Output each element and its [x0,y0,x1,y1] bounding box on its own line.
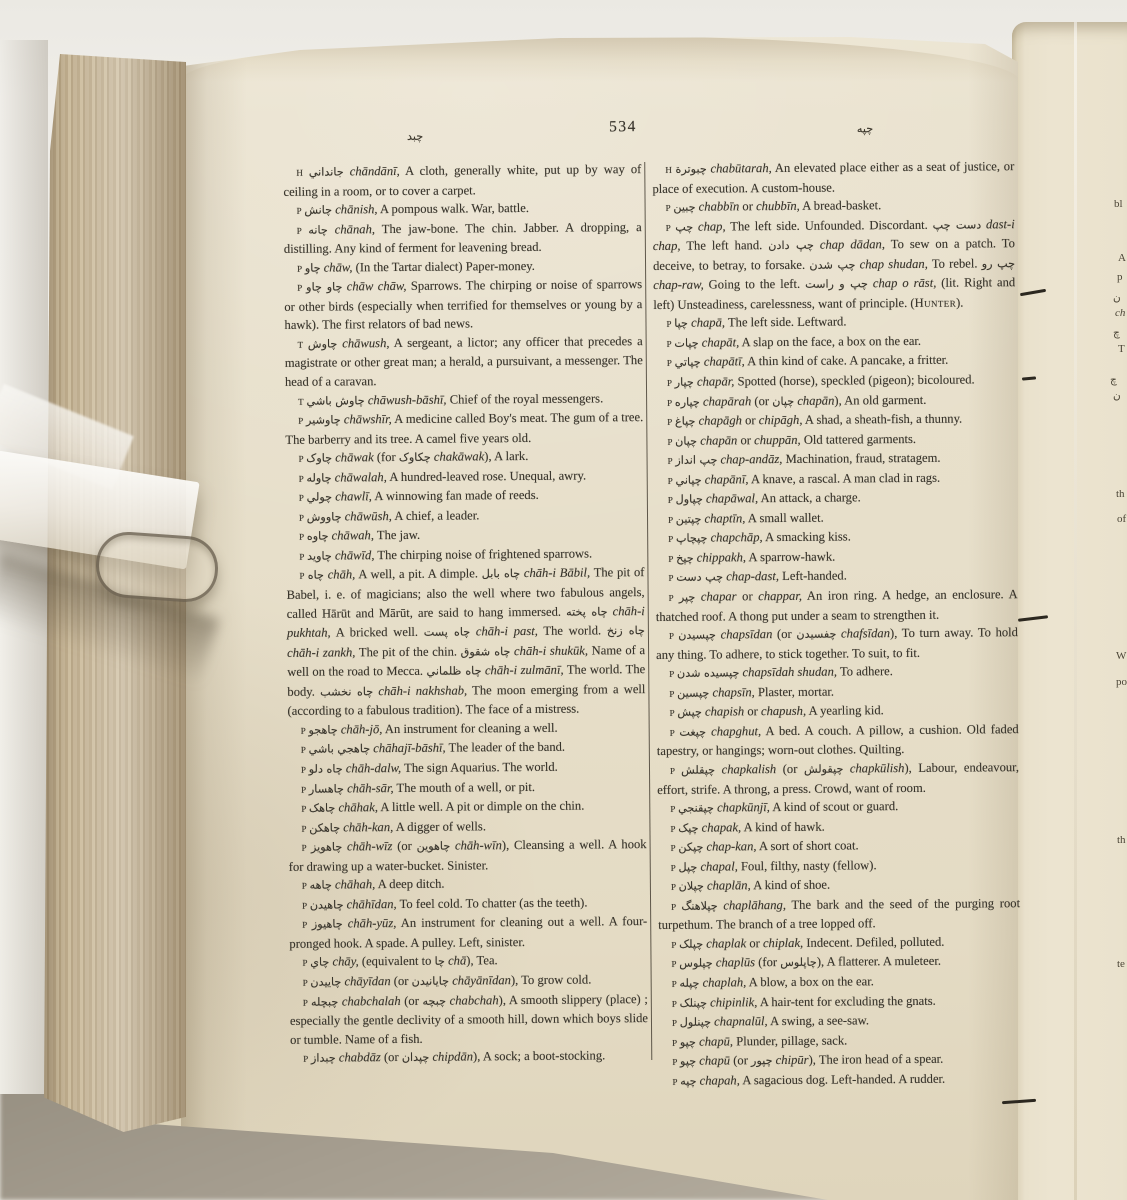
arabic-headword: چپقنجي [678,802,714,815]
dictionary-entry: P چاهيوز chāh-yūz, An instrument for cle… [289,912,647,953]
transliteration: chāndānī, [344,164,400,178]
transliteration: chāh, [324,568,355,582]
arabic-headword: چپقولش [804,762,844,775]
arabic-headword: چاهسار [309,782,344,795]
arabic-headword: چپسيده شدن [677,667,740,680]
transliteration: chuppān, [754,432,801,446]
language-marker: P [671,902,681,912]
arabic-headword: چپار [675,376,694,389]
language-marker: P [671,882,679,892]
language-marker: P [668,515,676,525]
definition-text: A chief, a leader. [392,508,480,523]
arabic-headword: چبوترة [675,163,706,176]
arabic-headword: چپا [674,317,688,330]
arabic-headword: چپلک [679,937,703,950]
next-page-edge [1012,22,1127,1200]
language-marker: P [672,998,680,1008]
definition-text: (or [392,839,416,853]
language-marker: P [670,804,678,814]
language-marker: P [670,823,678,833]
definition-text: (or [381,1050,402,1064]
language-marker: P [297,283,306,293]
definition-text: ), To grow cold. [511,972,591,987]
transliteration: chabdāz [336,1050,381,1064]
page-number: 534 [591,118,655,137]
transliteration: chapchāp, [707,531,762,545]
dictionary-entry: P چانه chānah, The jaw-bone. The chin. J… [284,218,642,259]
language-marker: H [665,165,675,175]
language-marker: P [668,534,676,544]
transliteration: chipdān [429,1050,473,1064]
definition-text: The sign Aquarius. The world. [401,760,558,775]
language-marker: P [301,765,309,775]
language-marker: P [297,206,305,216]
language-marker: P [303,1054,311,1064]
transliteration: chapish [702,705,744,719]
arabic-headword: چاهک [309,802,335,815]
arabic-headword: چاهويز [311,841,342,854]
language-marker: P [668,476,676,486]
transliteration: chāwshīr, [341,412,392,426]
language-marker: P [301,745,309,755]
dictionary-entry: P چپ chap, The left side. Unfounded. Dis… [653,215,1016,315]
language-marker: P [668,456,676,466]
arabic-headword: چکاوک [399,451,431,464]
arabic-headword: چپ [675,220,693,233]
arabic-headword: چپاره [675,395,700,408]
language-marker: P [667,417,675,427]
arabic-headword: چاهکن [309,821,340,834]
language-marker: P [672,979,680,989]
definition-text: Left-handed. [779,569,847,584]
definition-text: The world. [538,623,607,638]
transliteration: chānah, [328,222,375,236]
transliteration: chapārah [700,394,752,408]
arabic-headword: چپخ [676,552,694,565]
transliteration: chap-raw, [653,278,704,292]
transliteration: chawlī, [332,489,372,503]
transliteration: chapā, [688,316,725,330]
arabic-headword: چاييدن [310,975,341,988]
arabic-headword: چپ شدن [809,258,855,271]
arabic-headword: چاهيوز [312,918,343,931]
definition-text: A hundred-leaved rose. Unequal, awry. [387,468,586,484]
transliteration: chapsīdah shudan, [739,665,837,680]
definition-text: Going to the left. [704,277,805,292]
arabic-headword: چاووش [307,510,342,523]
arabic-headword: چپک [678,821,698,834]
arabic-headword: چاه پست [424,626,470,639]
dictionary-entry: P چاوشير chāwshīr, A medicine called Boy… [285,408,643,449]
definition-text: ), A lark. [484,449,528,463]
arabic-headword: چپاغ [675,415,695,428]
transliteration: chap o rāst, [868,276,936,291]
definition-text: A swing, a see-saw. [768,1013,869,1028]
transliteration: chapnalūl, [711,1014,768,1028]
language-marker: P [671,862,679,872]
arabic-headword: چانه [308,223,328,236]
language-marker: P [669,631,678,641]
arabic-headword: چاوش باشي [306,394,364,407]
transliteration: chāwūsh, [341,509,391,523]
transliteration: chaplān, [704,878,751,892]
arabic-headword: چا [435,955,445,968]
language-marker: P [667,339,675,349]
dictionary-entry: P چاهويز chāh-wīz (or چاهوين chāh-wīn), … [289,835,647,876]
definition-text: Chief of the royal messengers. [446,391,603,406]
definition-text: (or [772,627,796,641]
arabic-headword: چاهوين [417,840,451,853]
definition-text: Hunter [915,295,957,309]
language-marker: P [303,978,311,988]
arabic-headword: چاوه [307,530,329,543]
transliteration: chāwak [332,450,374,464]
language-marker: P [299,532,307,542]
dictionary-entry: P چبچله chabchalah (or چبچه chabchah), A… [290,990,648,1049]
transliteration: chā [445,954,466,968]
definition-text: To rebel. [928,256,982,270]
transliteration: chāwush, [337,336,389,350]
transliteration: chapal, [697,859,738,873]
arabic-headword: چاه زنخ [607,624,645,637]
language-marker: P [301,804,309,814]
dictionary-entry: P چپه chapah, A sagacious dog. Left-hand… [659,1069,1021,1091]
arabic-headword: چپسين [677,686,709,699]
definition-text: A deep ditch. [375,877,444,892]
transliteration: chafsīdan [836,626,890,640]
definition-text: An attack, a charge. [758,491,861,506]
language-marker: P [670,766,681,776]
arabic-headword: چاويد [307,549,332,562]
language-marker: P [671,843,679,853]
transliteration: chubbīn, [756,199,800,213]
transliteration: chap shudan, [855,257,928,272]
dictionary-entry: P چاو چاو chāw chāw, Sparrows. The chirp… [284,275,642,334]
language-marker: P [669,689,677,699]
dictionary-entry: P چپر chapar or chappar, An iron ring. A… [656,585,1018,626]
transliteration: chāh-sār, [344,781,394,795]
definition-text: (for [374,450,399,464]
definition-text: or [736,589,758,603]
definition-text: A sagacious dog. Left-handed. A rudder. [740,1071,945,1087]
transliteration: chapah, [696,1073,739,1087]
language-marker: P [299,473,307,483]
arabic-headword: چپکن [678,841,703,854]
column-right: H چبوترة chabūtarah, An elevated place e… [652,157,1021,1091]
transliteration: chāh-i zankh, [287,645,355,660]
dictionary-entry: P چبداز chabdāz (or چپدان chipdān), A so… [290,1046,648,1068]
transliteration: chabbīn [695,199,739,213]
definition-text: (or [391,974,412,988]
language-marker: P [302,900,310,910]
definition-text: (for [755,955,780,969]
definition-text: The jaw. [374,528,420,542]
language-marker: P [671,940,679,950]
definition-text: The mouth of a well, or pit. [394,779,536,794]
definition-text: A little well. A pit or dimple on the ch… [378,799,584,815]
language-marker: P [666,319,674,329]
definition-text: The left hand. [680,238,768,253]
arabic-headword: چپو [680,1055,696,1068]
definition-text: ), The iron head of a spear. [808,1052,943,1067]
transliteration: chipāgh, [759,413,803,427]
transliteration: chabūtarah, [707,161,772,176]
language-marker: P [666,203,674,213]
transliteration: chāh-kan, [340,820,393,834]
arabic-headword: چپاتي [674,356,700,369]
arabic-headword: چپغت [679,725,706,738]
dictionary-entry: P چاه chāh, A well, a pit. A dimple. چاه… [286,564,645,721]
transliteration: chāh-jō, [338,722,383,736]
arabic-headword: چپ انداز [675,454,717,467]
arabic-headword: چپلوس [679,957,713,970]
arabic-headword: چاهجي باشي [309,743,371,756]
transliteration: chapānī, [702,472,749,486]
arabic-headword: چاهيدن [310,898,344,911]
language-marker: P [302,843,311,853]
arabic-headword: چاه شقوق [461,645,511,658]
language-marker: P [672,1057,680,1067]
arabic-headword: چاه [308,569,324,582]
dictionary-entry: T چاوش chāwush, A sergeant, a lictor; an… [285,332,643,391]
definition-text: A kind of shoe. [751,878,831,893]
transliteration: chapū, [696,1034,733,1048]
arabic-headword: چاهجو [308,723,337,736]
transliteration: chāh-yūz, [343,916,397,930]
transliteration: chapush, [761,704,806,718]
arabic-headword: چپ رو [982,257,1015,270]
definition-text: The left side. Unfounded. Discordant. [726,217,933,233]
definition-text: ), A flatterer. A muleteer. [817,954,941,969]
transliteration: chipūr [772,1053,808,1067]
transliteration: chāh-i Bābil, [520,566,590,581]
language-marker: P [668,573,676,583]
transliteration: chāhajī-bāshī, [370,741,446,756]
transliteration: chapān [697,433,737,447]
transliteration: chāhak, [335,800,378,814]
arabic-headword: چپ دادن [768,239,814,252]
arabic-headword: چاه نخشب [320,685,373,698]
definition-text: A smacking kiss. [763,530,851,545]
transliteration: chapār, [694,374,735,388]
definition-text: Plaster, mortar. [755,684,834,699]
next-page-fold [1074,22,1077,1200]
arabic-headword: چاي [310,956,329,969]
language-marker: P [672,1076,680,1086]
transliteration: chapkūlish [843,761,904,775]
language-marker: P [667,378,675,388]
definition-text: A sparrow-hawk. [746,549,835,564]
definition-text: A blow, a box on the ear. [746,974,874,989]
transliteration: chaplak [703,936,746,950]
page-top-curl [180,36,1020,82]
language-marker: P [670,708,678,718]
arabic-headword: چاوشير [306,414,341,427]
definition-text: A thin kind of cake. A pancake, a fritte… [745,353,949,369]
dictionary-entry: P چپسيدن chapsīdan (or چفسيدن chafsīdan)… [656,623,1018,664]
language-marker: P [668,554,676,564]
arabic-headword: چپاني [675,473,701,486]
arabic-headword: چولي [307,491,333,504]
definition-text: A digger of wells. [393,819,486,834]
transliteration: chakāwak [431,450,485,464]
definition-text: A slap on the face, a box on the ear. [739,334,921,349]
transliteration: chapāt, [699,335,740,349]
arabic-headword: چاه بابل [482,568,521,581]
transliteration: chapāgh [695,413,742,427]
definition-text: To adhere. [837,664,893,678]
transliteration: chāh-wīn [450,838,502,852]
definition-text: Plunder, pillage, sack. [733,1033,847,1048]
definition-text: A bread-basket. [800,198,882,213]
arabic-headword: چاو [305,261,321,274]
arabic-headword: چايانيدن [412,975,450,988]
definition-text: A yearling kid. [806,703,884,718]
language-marker: P [297,263,305,273]
transliteration: chapāwal, [703,491,758,505]
language-marker: P [302,920,312,930]
arabic-headword: چپان [772,394,794,407]
running-head: چبد 534 چپه [283,109,1014,161]
definition-text: A well, a pit. A dimple. [355,567,482,582]
definition-text: To feel cold. To chatter (as the teeth). [397,895,588,910]
arabic-headword: چپنلک [680,996,707,1009]
dictionary-entry: H جانداني chāndānī, A cloth, generally w… [283,160,641,201]
transliteration: chapān [794,393,834,407]
arabic-headword: چفسيدن [796,628,836,641]
transliteration: chapghut, [706,724,761,738]
definition-text: (In the Tartar dialect) Paper-money. [352,259,535,274]
definition-text: (or [730,1053,751,1067]
arabic-headword: چبداز [311,1052,336,1065]
transliteration: chāh-i nakhshab, [373,683,467,698]
definition-text: (or [751,394,772,408]
arabic-headword: چپل [678,860,697,873]
transliteration: chapar [695,589,736,603]
transliteration: chap-kan, [703,839,756,853]
transliteration: chāhah, [332,877,375,891]
transliteration: chāwalah, [332,470,387,484]
transliteration: chāwush-bāshī, [365,392,447,407]
transliteration: chaplūs [713,956,755,970]
transliteration: chāwīd, [332,548,375,562]
arabic-headword: چپچاپ [676,532,708,545]
dictionary-entry: P چپار chapār, Spotted (horse), speckled… [654,370,1016,392]
transliteration: chāyānīdan [449,973,511,987]
arabic-headword: چبين [673,201,695,214]
definition-text: A kind of scout or guard. [770,799,898,814]
definition-text: A small wallet. [745,510,823,525]
arabic-headword: جانداني [309,165,344,178]
arabic-headword: چپاول [676,493,703,506]
arabic-headword: چپان [675,434,697,447]
transliteration: chap-andāz, [717,452,782,467]
arabic-headword: چاه ظلماني [426,665,481,678]
transliteration: chabchah [446,993,499,1007]
dictionary-entry: P چپقلش chapkalish (or چپقولش chapkūlish… [657,758,1019,799]
language-marker: P [668,495,676,505]
arabic-headword: چاه دلو [309,762,343,775]
dictionary-entry: H چبوترة chabūtarah, An elevated place e… [652,157,1014,198]
arabic-headword: دست چپ [933,218,982,231]
language-marker: P [672,1018,680,1028]
arabic-headword: چپ و راست [805,278,868,291]
transliteration: chāyīdan [341,974,390,988]
definition-text: ), Tea. [466,954,498,968]
arabic-headword: چپش [677,706,702,719]
definition-text: A sort of short coat. [756,839,858,854]
definition-text: The left side. Leftward. [725,315,847,330]
arabic-headword: چاپلوس [780,956,817,969]
definition-text: A knave, a rascal. A man clad in rags. [748,470,940,486]
language-marker: P [667,436,675,446]
arabic-headword: چپر [679,591,696,604]
arabic-headword: چانش [304,204,332,217]
arabic-headword: چپقلش [681,763,715,776]
language-marker: T [298,340,308,350]
column-left: H جانداني chāndānī, A cloth, generally w… [283,160,648,1068]
transliteration: chapsīdan [716,627,773,641]
transliteration: chapkūnjī, [714,800,770,814]
arabic-headword: چبچه [422,994,446,1007]
language-marker: P [299,513,307,523]
transliteration: chapak, [698,820,741,834]
definition-text: Indecent. Defiled, polluted. [803,935,944,950]
arabic-headword: چبچله [311,995,338,1008]
arabic-headword: چپدان [402,1051,430,1064]
transliteration: chippakh, [694,550,747,564]
arabic-headword: چاوش [308,337,337,350]
language-marker: P [667,397,675,407]
definition-text: ), An old garment. [834,392,926,407]
definition-text: or [737,433,754,447]
definition-text: or [746,936,763,950]
running-head-left-keyword: چبد [383,130,447,144]
clip-strip-loop [94,530,220,604]
language-marker: P [302,958,310,968]
definition-text: ), A sock; a boot-stocking. [473,1049,605,1064]
arabic-headword: چپسيدن [678,629,716,642]
arabic-headword: چپه [680,1074,696,1087]
language-marker: P [671,959,679,969]
definition-text: Foul, filthy, nasty (fellow). [738,858,877,873]
book-scan: چبد 534 چپه H جانداني chāndānī, A cloth,… [0,0,1127,1200]
transliteration: chaplah, [699,975,746,989]
language-marker: P [299,493,307,503]
definition-text: A pompous walk. War, battle. [377,201,529,216]
transliteration: chaptīn, [701,511,745,525]
arabic-headword: چپو [680,1035,696,1048]
definition-text: ). [956,295,963,309]
printed-content: چبد 534 چپه H جانداني chāndānī, A cloth,… [283,109,1022,1175]
definition-text: (equivalent to [359,954,435,969]
definition-text: or [744,704,761,718]
transliteration: chānish, [332,202,378,216]
transliteration: chiplak, [763,936,803,950]
language-marker: P [670,728,680,738]
definition-text: (or [401,993,423,1007]
language-marker: P [302,881,310,891]
transliteration: chāh-wīz [342,839,392,853]
transliteration: chāwah, [328,529,374,543]
definition-text: (or [776,762,804,776]
language-marker: H [296,168,309,178]
transliteration: chipinlik, [707,995,757,1009]
definition-text: A hair-tent for excluding the gnats. [757,993,936,1008]
transliteration: chāhīdan, [343,897,396,911]
running-head-right-keyword: چپه [833,122,897,136]
arabic-headword: چپله [679,977,699,990]
